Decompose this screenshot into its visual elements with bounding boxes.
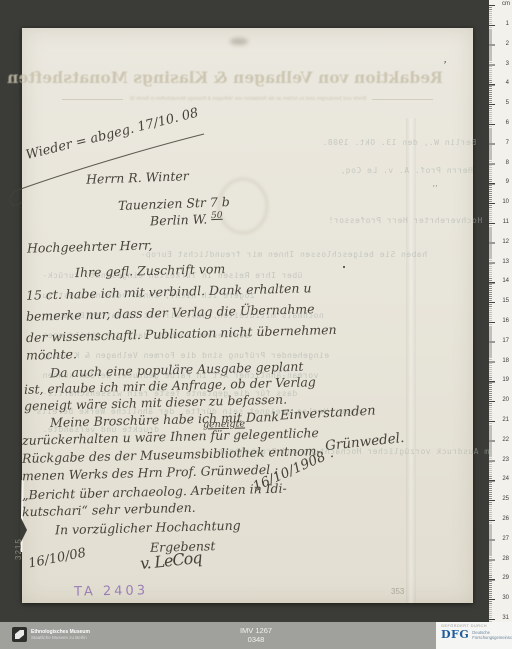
ruler-number: 3 bbox=[506, 61, 509, 67]
body-line: der wissenschaftl. Publication nicht übe… bbox=[26, 322, 337, 345]
address-city-line: Berlin W. 50 bbox=[150, 211, 223, 229]
bleedthrough-letterhead-title: Redaktion von Velhagen & Klasings Monats… bbox=[52, 68, 443, 87]
inserted-word: geneigte bbox=[203, 418, 245, 430]
bleedthrough-typed-line: Berlin W., den 13. Okt. 1908. bbox=[322, 138, 476, 147]
ruler-number: 1 bbox=[506, 21, 509, 27]
ruler-number: 20 bbox=[502, 397, 509, 403]
mount-edge-number: 3215 bbox=[14, 538, 23, 560]
body-line: möchte. bbox=[26, 346, 77, 362]
ruler-number: 5 bbox=[506, 100, 509, 106]
ruler-number: 21 bbox=[502, 417, 509, 423]
ruler-number: 25 bbox=[502, 496, 509, 502]
signature: v. LeCoq bbox=[139, 548, 202, 573]
ruler: cm 1234567891011121314151617181920212223… bbox=[489, 0, 512, 622]
bleedthrough-typed-line: Hochverehrter Herr Professor! bbox=[328, 216, 482, 225]
forwarding-note: Wieder = abgeg. 17/10. 08 bbox=[24, 106, 200, 163]
letterhead-rule-left bbox=[372, 99, 433, 100]
pencil-page-number: 353 bbox=[391, 587, 404, 596]
ruler-number: 4 bbox=[506, 80, 509, 86]
ruler-number: 23 bbox=[502, 457, 509, 463]
body-line: bemerke nur, dass der Verlag die Übernah… bbox=[26, 301, 315, 324]
letterhead-rule-right bbox=[62, 99, 123, 100]
ruler-number: 16 bbox=[502, 318, 509, 324]
ruler-number: 29 bbox=[502, 575, 509, 581]
ruler-number: 27 bbox=[502, 536, 509, 542]
postal-district: 50 bbox=[211, 211, 223, 221]
ruler-number: 31 bbox=[502, 615, 509, 621]
body-line: kutschari“ sehr verbunden. bbox=[22, 500, 196, 520]
ruler-number: 26 bbox=[502, 516, 509, 522]
salutation: Hochgeehrter Herr, bbox=[27, 237, 153, 255]
stray-pencil-dots: ′′ bbox=[433, 184, 438, 193]
ruler-unit-label: cm bbox=[502, 1, 510, 7]
ink-dot bbox=[343, 266, 345, 268]
ruler-number: 24 bbox=[502, 476, 509, 482]
dfg-row: DFG Deutsche Forschungsgemeinschaft bbox=[441, 629, 512, 640]
ruler-number: 19 bbox=[502, 377, 509, 383]
ruler-number: 13 bbox=[502, 259, 509, 265]
ruler-number: 14 bbox=[502, 278, 509, 284]
ruler-number: 9 bbox=[506, 179, 509, 185]
dfg-logo: GEFÖRDERT DURCH DFG Deutsche Forschungsg… bbox=[436, 622, 512, 649]
ruler-number: 6 bbox=[506, 120, 509, 126]
ruler-number: 10 bbox=[502, 199, 509, 205]
ruler-number: 15 bbox=[502, 298, 509, 304]
date-bottom-left: 16/10/08 bbox=[27, 546, 87, 572]
bleedthrough-typed-line: Herrn Prof. A. v. Le Coq, bbox=[340, 166, 473, 175]
inventory-number-pencil: TA 2403 bbox=[74, 583, 148, 599]
ruler-number: 11 bbox=[503, 219, 509, 225]
ruler-number: 28 bbox=[502, 556, 509, 562]
addressee-line: Herrn R. Winter bbox=[86, 168, 189, 187]
ruler-number: 22 bbox=[502, 437, 509, 443]
bleedthrough-letterhead-subtitle: Briefe und Sendungen sind zu richten an … bbox=[62, 96, 433, 102]
scan-mount: ʼ ′′ Redaktion von Velhagen & Klasings M… bbox=[0, 0, 512, 649]
closing-line: In vorzüglicher Hochachtung bbox=[55, 518, 241, 538]
body-line: „Bericht über archaeolog. Arbeiten in Id… bbox=[22, 481, 287, 503]
footer-bar: Ethnologisches Museum Staatliche Museen … bbox=[0, 622, 512, 649]
dfg-full-name: Deutsche Forschungsgemeinschaft bbox=[472, 629, 512, 640]
ruler-number: 18 bbox=[502, 358, 509, 364]
ruler-number: 8 bbox=[506, 160, 509, 166]
ink-smudge bbox=[230, 38, 248, 45]
ruler-number: 30 bbox=[502, 595, 509, 601]
document-page: ʼ ′′ Redaktion von Velhagen & Klasings M… bbox=[22, 28, 473, 603]
ruler-number: 2 bbox=[506, 41, 509, 47]
bleedthrough-typed-line: haben Sie beigeschlossen Ihnen mir freun… bbox=[140, 250, 427, 259]
paper-crease bbox=[406, 118, 416, 603]
ruler-number: 7 bbox=[506, 140, 509, 146]
ruler-number: 12 bbox=[502, 239, 509, 245]
ruler-number: 17 bbox=[502, 338, 509, 344]
dfg-acronym: DFG bbox=[441, 629, 469, 640]
